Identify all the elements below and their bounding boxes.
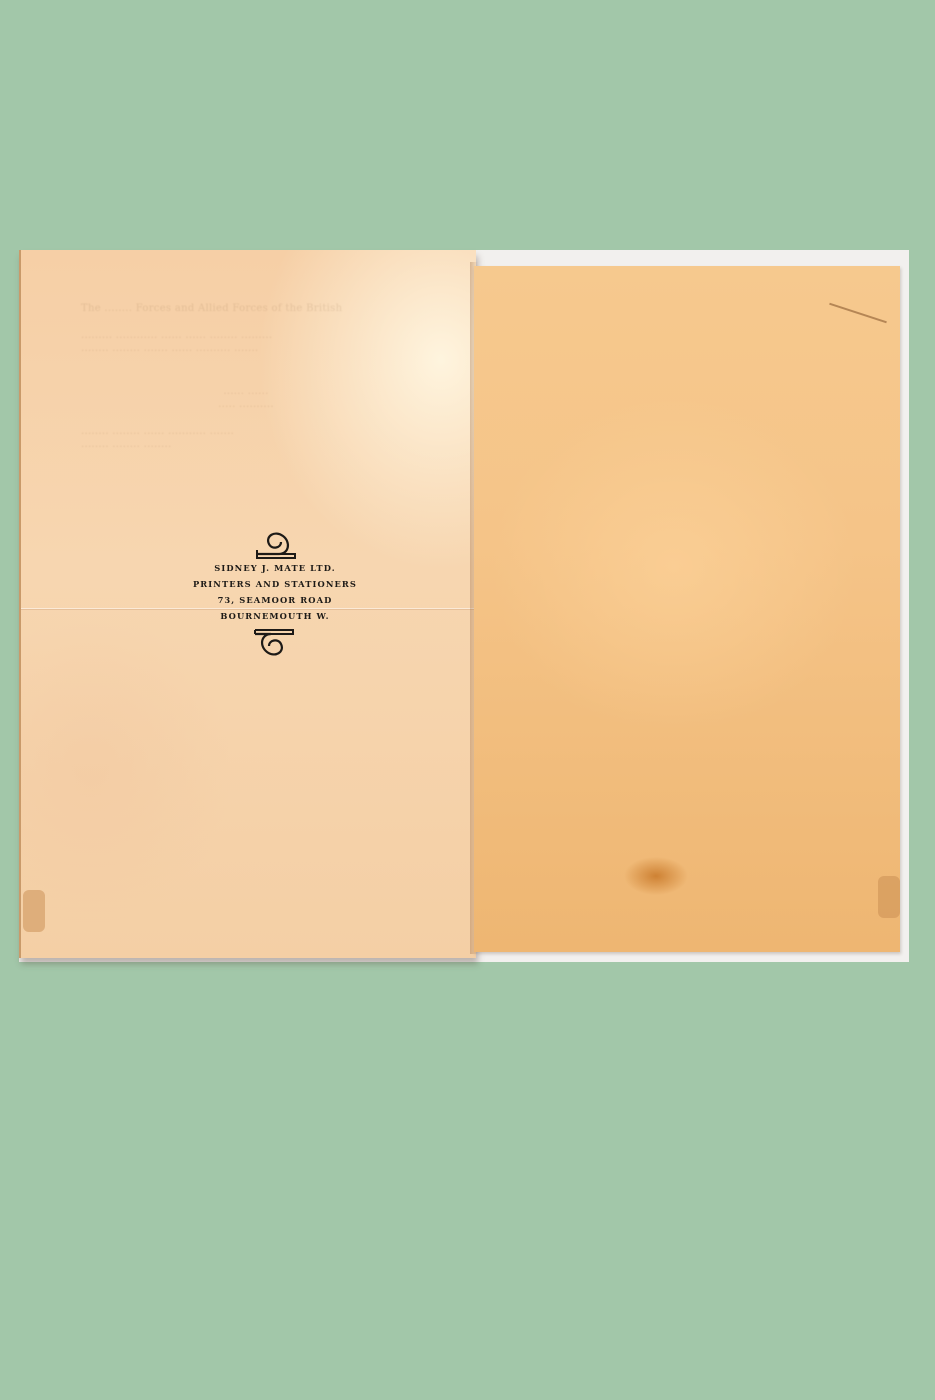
paper-crease [829,303,887,323]
imprint-trade: PRINTERS AND STATIONERS [181,576,369,592]
ghost-line: The ........ Forces and Allied Forces of… [81,302,411,315]
imprint-town: BOURNEMOUTH W. [181,608,369,624]
imprint-company: SIDNEY J. MATE LTD. [181,560,369,576]
worn-corner [23,890,45,932]
worn-corner [878,876,900,918]
scroll-ornament-bottom-icon [251,628,299,660]
printer-imprint: SIDNEY J. MATE LTD. PRINTERS AND STATION… [181,528,369,660]
scroll-ornament-top-icon [251,528,299,560]
imprint-street: 73, SEAMOOR ROAD [181,592,369,608]
ghost-line: ...... ...... [81,385,411,398]
left-page: The ........ Forces and Allied Forces of… [19,250,476,958]
ghost-line: ........ ........ ........ [81,438,411,451]
ghost-line: ......... ............ ...... ...... ...… [81,329,411,342]
ghost-line: ..... .......... [81,398,411,411]
right-page [474,266,900,952]
show-through-text: The ........ Forces and Allied Forces of… [81,302,411,451]
ghost-line: ........ ........ ...... ........... ...… [81,425,411,438]
ghost-line: ........ ........ ....... ...... .......… [81,342,411,355]
